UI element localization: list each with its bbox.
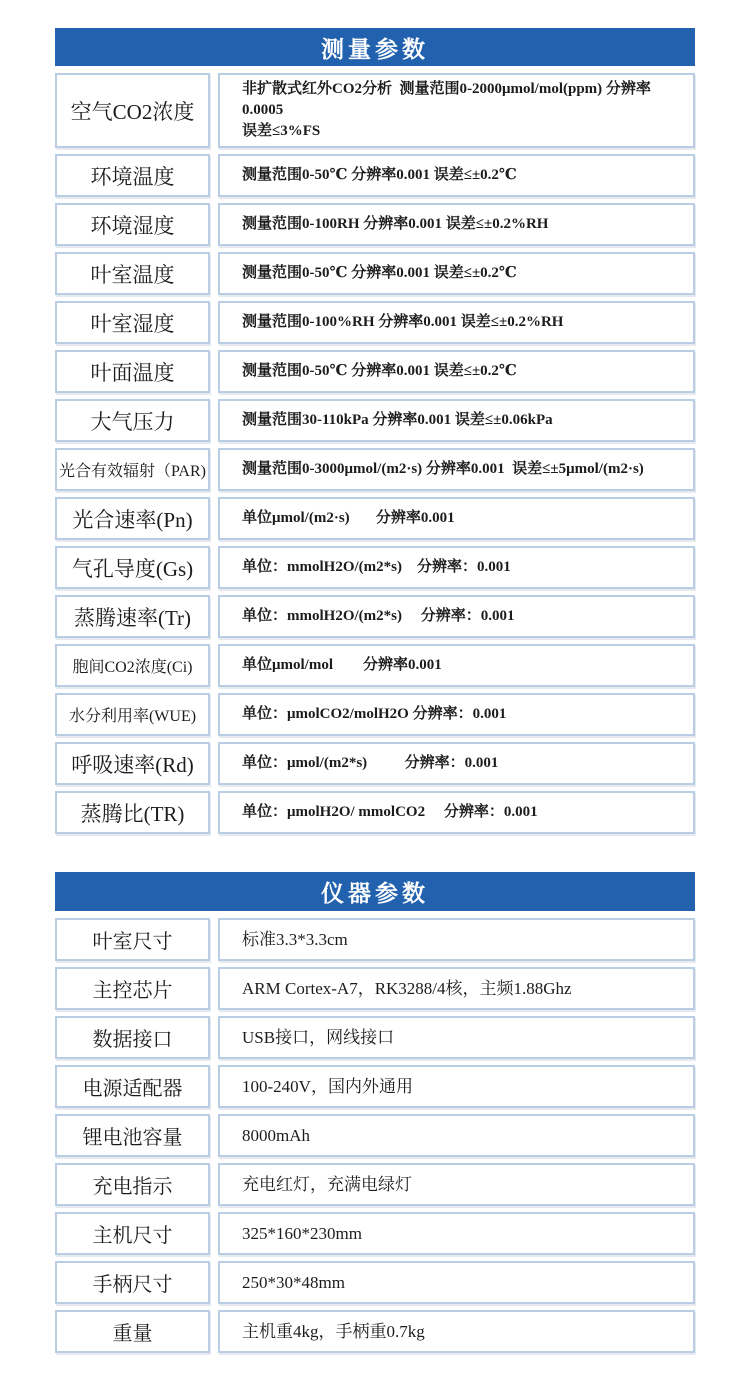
- section-header-measurement: 测量参数: [55, 28, 695, 66]
- instrument-parameters-table: 仪器参数 叶室尺寸 标准3.3*3.3cm 主控芯片 ARM Cortex-A7…: [55, 872, 695, 1353]
- section-header-instrument: 仪器参数: [55, 872, 695, 911]
- spec-value: 单位μmol/(m2·s) 分辨率0.001: [218, 497, 695, 540]
- spec-label: 环境温度: [55, 154, 210, 197]
- spec-label: 叶室湿度: [55, 301, 210, 344]
- table-row: 手柄尺寸 250*30*48mm: [55, 1261, 695, 1304]
- spec-value: 测量范围0-50℃ 分辨率0.001 误差≤±0.2℃: [218, 154, 695, 197]
- spec-value: 单位：mmolH2O/(m2*s) 分辨率：0.001: [218, 546, 695, 589]
- spec-value: 测量范围0-100%RH 分辨率0.001 误差≤±0.2%RH: [218, 301, 695, 344]
- spec-label: 数据接口: [55, 1016, 210, 1059]
- spec-label: 重量: [55, 1310, 210, 1353]
- table-row: 光合有效辐射（PAR) 测量范围0-3000μmol/(m2·s) 分辨率0.0…: [55, 448, 695, 491]
- spec-value: 单位：μmolH2O/ mmolCO2 分辨率：0.001: [218, 791, 695, 834]
- spec-sheet: 测量参数 空气CO2浓度 非扩散式红外CO2分析 测量范围0-2000μmol/…: [0, 0, 750, 1353]
- table-row: 电源适配器 100-240V，国内外通用: [55, 1065, 695, 1108]
- spec-label: 叶室尺寸: [55, 918, 210, 961]
- spec-value: 非扩散式红外CO2分析 测量范围0-2000μmol/mol(ppm) 分辨率0…: [218, 73, 695, 148]
- spec-value: ARM Cortex-A7，RK3288/4核，主频1.88Ghz: [218, 967, 695, 1010]
- table-row: 叶面温度 测量范围0-50℃ 分辨率0.001 误差≤±0.2℃: [55, 350, 695, 393]
- table-row: 光合速率(Pn) 单位μmol/(m2·s) 分辨率0.001: [55, 497, 695, 540]
- spec-value: 测量范围0-100RH 分辨率0.001 误差≤±0.2%RH: [218, 203, 695, 246]
- spec-label: 光合速率(Pn): [55, 497, 210, 540]
- spec-label: 叶室温度: [55, 252, 210, 295]
- spec-label: 水分利用率(WUE): [55, 693, 210, 736]
- spec-value: 标准3.3*3.3cm: [218, 918, 695, 961]
- table-row: 叶室温度 测量范围0-50℃ 分辨率0.001 误差≤±0.2℃: [55, 252, 695, 295]
- spec-value: 测量范围0-50℃ 分辨率0.001 误差≤±0.2℃: [218, 350, 695, 393]
- spec-label: 大气压力: [55, 399, 210, 442]
- table-row: 呼吸速率(Rd) 单位：μmol/(m2*s) 分辨率：0.001: [55, 742, 695, 785]
- table-row: 锂电池容量 8000mAh: [55, 1114, 695, 1157]
- spec-label: 主机尺寸: [55, 1212, 210, 1255]
- section-title: 测量参数: [321, 31, 429, 64]
- table-row: 重量 主机重4kg，手柄重0.7kg: [55, 1310, 695, 1353]
- spec-label: 胞间CO2浓度(Ci): [55, 644, 210, 687]
- spec-value: 单位：μmolCO2/molH2O 分辨率：0.001: [218, 693, 695, 736]
- table-row: 气孔导度(Gs) 单位：mmolH2O/(m2*s) 分辨率：0.001: [55, 546, 695, 589]
- spec-value: 测量范围30-110kPa 分辨率0.001 误差≤±0.06kPa: [218, 399, 695, 442]
- table-row: 环境温度 测量范围0-50℃ 分辨率0.001 误差≤±0.2℃: [55, 154, 695, 197]
- spec-value: 单位μmol/mol 分辨率0.001: [218, 644, 695, 687]
- section-title: 仪器参数: [321, 875, 429, 908]
- table-row: 蒸腾比(TR) 单位：μmolH2O/ mmolCO2 分辨率：0.001: [55, 791, 695, 834]
- table-row: 充电指示 充电红灯，充满电绿灯: [55, 1163, 695, 1206]
- spec-label: 蒸腾比(TR): [55, 791, 210, 834]
- spec-value: 325*160*230mm: [218, 1212, 695, 1255]
- table-row: 叶室湿度 测量范围0-100%RH 分辨率0.001 误差≤±0.2%RH: [55, 301, 695, 344]
- spec-label: 气孔导度(Gs): [55, 546, 210, 589]
- table-row: 蒸腾速率(Tr) 单位：mmolH2O/(m2*s) 分辨率：0.001: [55, 595, 695, 638]
- spec-label: 手柄尺寸: [55, 1261, 210, 1304]
- table-row: 主机尺寸 325*160*230mm: [55, 1212, 695, 1255]
- spec-label: 蒸腾速率(Tr): [55, 595, 210, 638]
- spec-value: USB接口，网线接口: [218, 1016, 695, 1059]
- spec-value: 单位：mmolH2O/(m2*s) 分辨率：0.001: [218, 595, 695, 638]
- spec-value: 测量范围0-50℃ 分辨率0.001 误差≤±0.2℃: [218, 252, 695, 295]
- table-row: 胞间CO2浓度(Ci) 单位μmol/mol 分辨率0.001: [55, 644, 695, 687]
- table-row: 主控芯片 ARM Cortex-A7，RK3288/4核，主频1.88Ghz: [55, 967, 695, 1010]
- spec-value: 主机重4kg，手柄重0.7kg: [218, 1310, 695, 1353]
- spec-label: 环境湿度: [55, 203, 210, 246]
- spec-value: 测量范围0-3000μmol/(m2·s) 分辨率0.001 误差≤±5μmol…: [218, 448, 695, 491]
- spec-label: 叶面温度: [55, 350, 210, 393]
- table-row: 水分利用率(WUE) 单位：μmolCO2/molH2O 分辨率：0.001: [55, 693, 695, 736]
- spec-label: 光合有效辐射（PAR): [55, 448, 210, 491]
- spec-value: 充电红灯，充满电绿灯: [218, 1163, 695, 1206]
- measurement-parameters-table: 测量参数 空气CO2浓度 非扩散式红外CO2分析 测量范围0-2000μmol/…: [55, 28, 695, 834]
- table-row: 大气压力 测量范围30-110kPa 分辨率0.001 误差≤±0.06kPa: [55, 399, 695, 442]
- spec-label: 空气CO2浓度: [55, 73, 210, 148]
- spec-value: 单位：μmol/(m2*s) 分辨率：0.001: [218, 742, 695, 785]
- table-row: 数据接口 USB接口，网线接口: [55, 1016, 695, 1059]
- spec-label: 锂电池容量: [55, 1114, 210, 1157]
- spec-label: 充电指示: [55, 1163, 210, 1206]
- table-row: 空气CO2浓度 非扩散式红外CO2分析 测量范围0-2000μmol/mol(p…: [55, 73, 695, 148]
- spec-label: 呼吸速率(Rd): [55, 742, 210, 785]
- spec-label: 电源适配器: [55, 1065, 210, 1108]
- spec-value: 250*30*48mm: [218, 1261, 695, 1304]
- table-row: 环境湿度 测量范围0-100RH 分辨率0.001 误差≤±0.2%RH: [55, 203, 695, 246]
- table-row: 叶室尺寸 标准3.3*3.3cm: [55, 918, 695, 961]
- spec-value: 8000mAh: [218, 1114, 695, 1157]
- spec-label: 主控芯片: [55, 967, 210, 1010]
- spec-value: 100-240V，国内外通用: [218, 1065, 695, 1108]
